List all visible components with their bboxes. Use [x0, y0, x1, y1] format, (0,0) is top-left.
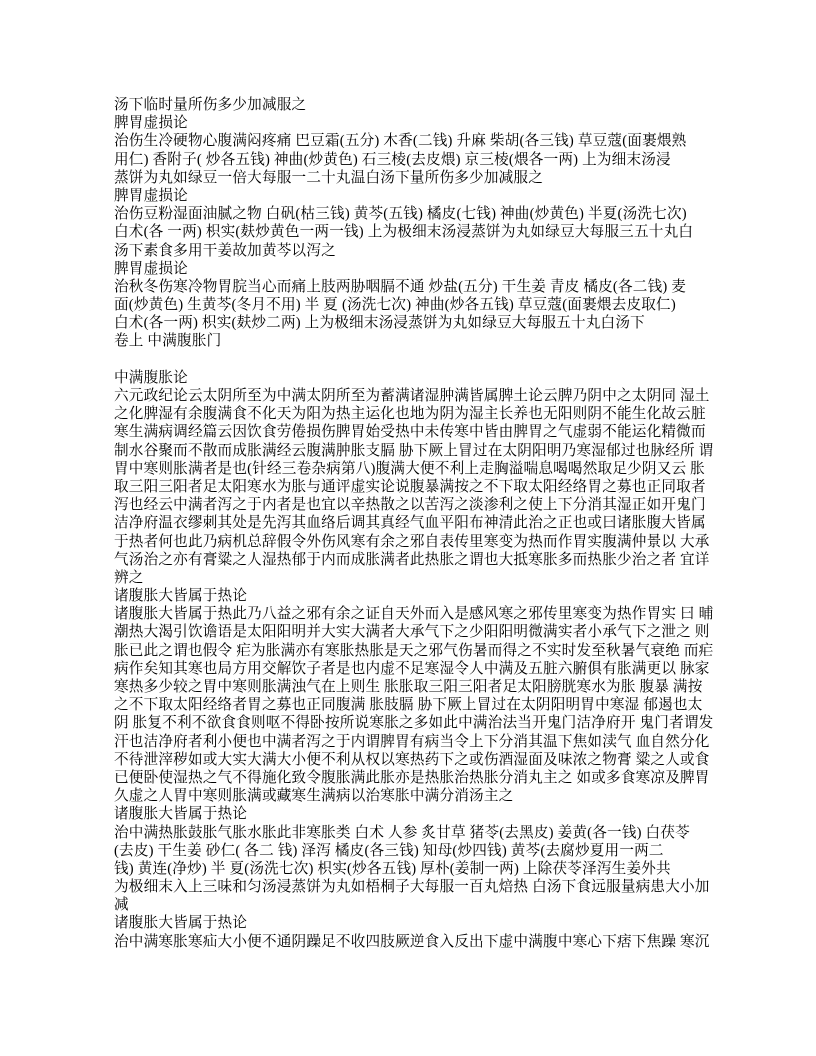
text-line: 脾胃虚损论 [114, 260, 706, 278]
text-line: 治中满热胀鼓胀气胀水胀此非寒胀类 白术 人参 炙甘草 猪苓(去黑皮) 姜黄(各一… [114, 824, 706, 842]
text-line: 已便卧使湿热之气不得施化致令腹胀满此胀亦是热胀治热胀分消丸主之 如或多食寒凉及脾… [114, 769, 706, 787]
text-line: 胀已此之谓也假令 疟为胀满亦有寒胀热胀是天之邪气伤暑而得之不实时发至秋暑气衰绝 … [114, 642, 706, 660]
text-line: 辨之 [114, 569, 706, 587]
text-line: 取三阳三阳者足太阳寒水为胀与通评虚实论说腹暴满按之不下取太阳经络胃之募也正同取者 [114, 478, 706, 496]
text-line: 治伤生冷硬物心腹满闷疼痛 巴豆霜(五分) 木香(二钱) 升麻 柴胡(各三钱) 草… [114, 132, 706, 150]
text-line: 潮热大渴引饮谵语是太阳阳明并大实大满者大承气下之少阳阳明微满实者小承气下之泄之 … [114, 623, 706, 641]
blank-line [114, 351, 706, 369]
text-line: 诸腹胀大皆属于热论 [114, 914, 706, 932]
text-line: 制水谷聚而不散而成胀满经云腹满肿胀支膈 胁下厥上冒过在太阴阳明乃寒湿郁过也脉经所… [114, 442, 706, 460]
text-line: 气汤治之亦有膏粱之人湿热郁于内而成胀满者此热胀之谓也大抵寒胀多而热胀少治之者 宜… [114, 551, 706, 569]
text-line: 诸腹胀大皆属于热此乃八益之邪有余之证自天外而入是感风寒之邪传里寒变为热作胃实 曰… [114, 605, 706, 623]
text-line: 久虚之人胃中寒则胀满或藏寒生满病以治寒胀中满分消汤主之 [114, 787, 706, 805]
text-line: 治中满寒胀寒疝大小便不通阴躁足不收四肢厥逆食入反出下虚中满腹中寒心下痞下焦躁 寒… [114, 933, 706, 951]
text-line: 面(炒黄色) 生黄芩(冬月不用) 半 夏 (汤洗七次) 神曲(炒各五钱) 草豆蔻… [114, 296, 706, 314]
text-line: 脾胃虚损论 [114, 114, 706, 132]
text-line: 蒸饼为丸如绿豆一倍大每服一二十丸温白汤下量所伤多少加减服之 [114, 169, 706, 187]
text-line: 钱) 黄连(净炒) 半 夏(汤洗七次) 枳实(炒各五钱) 厚朴(姜制一两) 上除… [114, 860, 706, 878]
document-page: 汤下临时量所伤多少加减服之脾胃虚损论治伤生冷硬物心腹满闷疼痛 巴豆霜(五分) 木… [0, 0, 816, 1056]
text-line: 于热者何也此乃病机总辞假令外伤风寒有余之邪自表传里寒变为热而作胃实腹满仲景以 大… [114, 533, 706, 551]
text-line: 白术(各一两) 枳实(麸炒二两) 上为极细末汤浸蒸饼为丸如绿豆大每服五十丸白汤下 [114, 314, 706, 332]
text-line: 之不下取太阳经络者胃之募也正同腹满 胀肢膈 胁下厥上冒过在太阴阳明胃中寒湿 郁遏… [114, 696, 706, 714]
text-line: 诸腹胀大皆属于热论 [114, 587, 706, 605]
text-line: 卷上 中满腹胀门 [114, 332, 706, 350]
text-line: 洁净府温衣缪刺其处是先泻其血络后调其真经气血平阳布神清此治之正也或曰诸胀腹大皆属 [114, 514, 706, 532]
text-line: 不待泄滓秽如或大实大满大小便不利从权以寒热药下之或伤酒湿面及味浓之物膏 粱之人或… [114, 751, 706, 769]
text-line: 治秋冬伤寒冷物胃脘当心而痛上肢两胁咽膈不通 炒盐(五分) 干生姜 青皮 橘皮(各… [114, 278, 706, 296]
text-line: 病作矣知其寒也局方用交解饮子者是也内虚不足寒湿令人中满及五脏六腑俱有胀满更以 脉… [114, 660, 706, 678]
text-line: 寒热多少较之胃中寒则胀满浊气在上则生 胀胀取三阳三阳者足太阳膀胱寒水为胀 腹暴 … [114, 678, 706, 696]
text-line: 诸腹胀大皆属于热论 [114, 805, 706, 823]
text-line: (去皮) 干生姜 砂仁( 各二 钱) 泽泻 橘皮(各三钱) 知母(炒四钱) 黄芩… [114, 842, 706, 860]
text-line: 胃中寒则胀满者是也(针经三卷杂病第八)腹满大便不利上走胸溢喘息喝喝然取足少阴又云… [114, 460, 706, 478]
text-line: 六元政纪论云太阴所至为中满太阴所至为蓄满诸湿肿满皆属脾土论云脾乃阴中之太阴同 湿… [114, 387, 706, 405]
text-line: 泻也经云中满者泻之于内者是也宜以辛热散之以苦泻之淡渗利之使上下分消其湿正如开鬼门 [114, 496, 706, 514]
text-line: 用仁) 香附子( 炒各五钱) 神曲(炒黄色) 石三棱(去皮煨) 京三棱(煨各一两… [114, 151, 706, 169]
text-line: 汤下素食多用干姜故加黄芩以泻之 [114, 242, 706, 260]
text-line: 白术(各 一两) 枳实(麸炒黄色一两一钱) 上为极细末汤浸蒸饼为丸如绿豆大每服三… [114, 223, 706, 241]
text-line: 脾胃虚损论 [114, 187, 706, 205]
text-line: 治伤豆粉湿面油腻之物 白矾(枯三钱) 黄芩(五钱) 橘皮(七钱) 神曲(炒黄色)… [114, 205, 706, 223]
text-line: 为极细末入上三味和匀汤浸蒸饼为丸如梧桐子大每服一百丸焙热 白汤下食远服量病患大小… [114, 878, 706, 896]
text-line: 汤下临时量所伤多少加减服之 [114, 96, 706, 114]
text-line: 汗也洁净府者利小便也中满者泻之于内谓脾胃有病当令上下分消其温下焦如渎气 血自然分… [114, 733, 706, 751]
text-line: 之化脾湿有余腹满食不化天为阳为热主运化也地为阴为湿主长养也无阳则阴不能生化故云脏 [114, 405, 706, 423]
text-line: 减 [114, 896, 706, 914]
text-line: 寒生满病调经篇云因饮食劳倦损伤脾胃始受热中未传寒中皆由脾胃之气虚弱不能运化精微而 [114, 423, 706, 441]
text-line: 阴 胀复不利不欲食食则呕不得卧按所说寒胀之多如此中满治法当开鬼门洁净府开 鬼门者… [114, 714, 706, 732]
document-text: 汤下临时量所伤多少加减服之脾胃虚损论治伤生冷硬物心腹满闷疼痛 巴豆霜(五分) 木… [114, 96, 706, 951]
text-line: 中满腹胀论 [114, 369, 706, 387]
